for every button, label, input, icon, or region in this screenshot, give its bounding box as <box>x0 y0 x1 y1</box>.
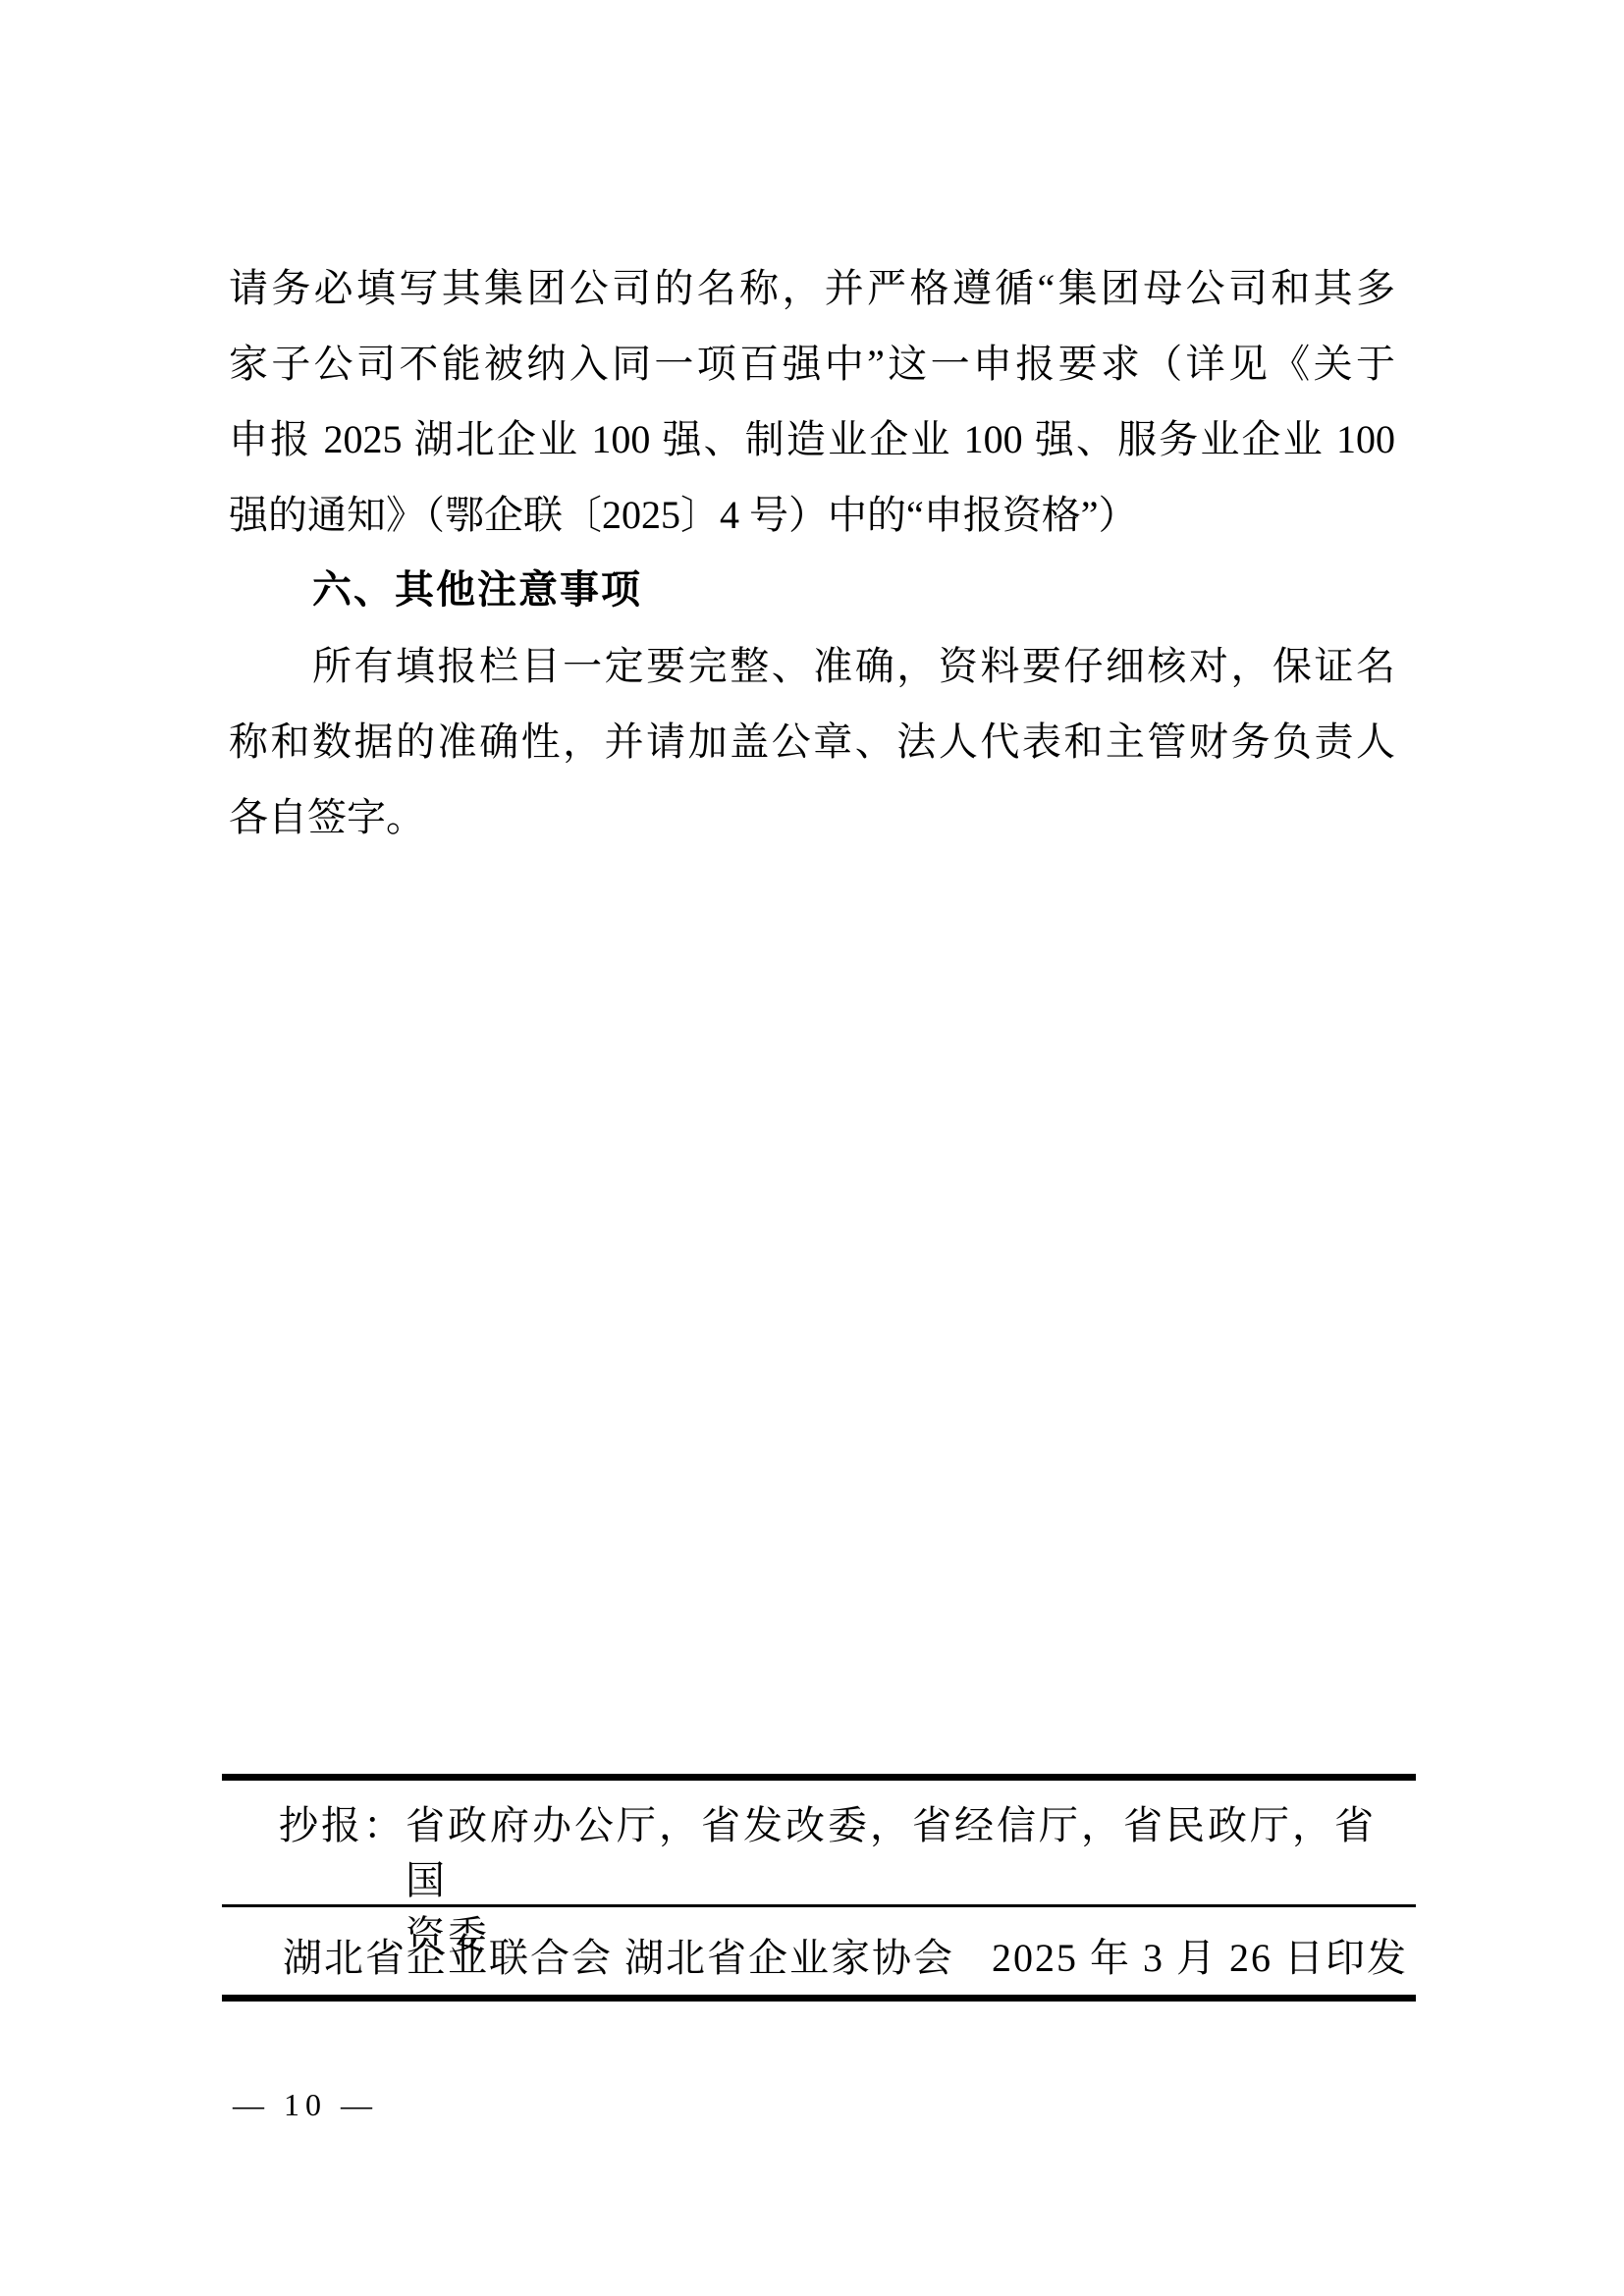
copy-to-line: 省政府办公厅，省发改委，省经信厅，省民政厅，省国 <box>406 1803 1377 1902</box>
page-number: — 10 — <box>233 2085 378 2124</box>
section-heading: 六、其他注意事项 <box>229 553 1395 628</box>
body-line: 各自签字。 <box>229 779 1395 855</box>
copy-to-label: 抄报： <box>279 1798 406 1853</box>
body-line: 强的通知》（鄂企联〔2025〕4 号）中的“申报资格”） <box>229 477 1395 553</box>
issuer-line: 湖北省企业联合会 湖北省企业家协会2025 年 3 月 26 日印发 <box>283 1931 1416 1986</box>
body-line: 所有填报栏目一定要完整、准确，资料要仔细核对，保证名 <box>229 628 1395 704</box>
footer-rule-thick-bottom <box>222 1995 1416 2002</box>
body-line: 申报 2025 湖北企业 100 强、制造业企业 100 强、服务业企业 100 <box>229 401 1395 477</box>
print-date: 2025 年 3 月 26 日印发 <box>992 1936 1408 1980</box>
issuer-names: 湖北省企业联合会 湖北省企业家协会 <box>283 1936 954 1980</box>
footer-rule-thick-top <box>222 1774 1416 1781</box>
body-line: 请务必填写其集团公司的名称，并严格遵循“集团母公司和其多 <box>229 250 1395 326</box>
document-page: 请务必填写其集团公司的名称，并严格遵循“集团母公司和其多 家子公司不能被纳入同一… <box>0 0 1624 2296</box>
body-line: 家子公司不能被纳入同一项百强中”这一申报要求（详见《关于 <box>229 326 1395 401</box>
body-text-block: 请务必填写其集团公司的名称，并严格遵循“集团母公司和其多 家子公司不能被纳入同一… <box>229 250 1395 855</box>
body-line: 称和数据的准确性，并请加盖公章、法人代表和主管财务负责人 <box>229 704 1395 779</box>
